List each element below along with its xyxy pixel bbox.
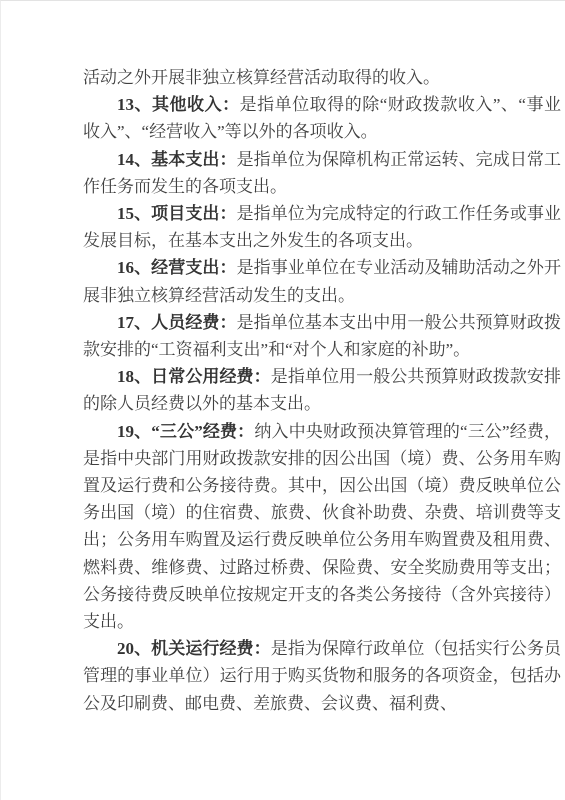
term-label-project-expenditure: 15、项目支出： [117, 204, 237, 223]
document-content: 活动之外开展非独立核算经营活动取得的收入。 13、其他收入：是指单位取得的除“财… [83, 64, 561, 717]
paragraph-item-18: 18、日常公用经费：是指单位用一般公共预算财政拨款安排的除人员经费以外的基本支出… [83, 363, 561, 417]
paragraph-text: 纳入中央财政预决算管理的“三公”经费，是指中央部门用财政拨款安排的因公出国（境）… [83, 422, 561, 631]
term-label-three-public-funds: 19、“三公”经费： [117, 422, 254, 441]
term-label-personnel-funds: 17、人员经费： [117, 313, 237, 332]
term-label-other-income: 13、其他收入： [117, 95, 240, 114]
document-page: 活动之外开展非独立核算经营活动取得的收入。 13、其他收入：是指单位取得的除“财… [0, 0, 565, 800]
paragraph-item-15: 15、项目支出：是指单位为完成特定的行政工作任务或事业发展目标，在基本支出之外发… [83, 200, 561, 254]
term-label-basic-expenditure: 14、基本支出： [117, 150, 237, 169]
paragraph-item-16: 16、经营支出：是指事业单位在专业活动及辅助活动之外开展非独立核算经营活动发生的… [83, 254, 561, 308]
paragraph-item-13: 13、其他收入：是指单位取得的除“财政拨款收入”、“事业收入”、“经营收入”等以… [83, 91, 561, 145]
term-label-agency-operating-funds: 20、机关运行经费： [117, 639, 271, 658]
term-label-operating-expenditure: 16、经营支出： [117, 258, 237, 277]
paragraph-item-17: 17、人员经费：是指单位基本支出中用一般公共预算财政拨款安排的“工资福利支出”和… [83, 309, 561, 363]
term-label-daily-public-funds: 18、日常公用经费： [117, 367, 271, 386]
paragraph-text: 活动之外开展非独立核算经营活动取得的收入。 [83, 68, 440, 87]
paragraph-item-14: 14、基本支出：是指单位为保障机构正常运转、完成日常工作任务而发生的各项支出。 [83, 146, 561, 200]
paragraph-continuation: 活动之外开展非独立核算经营活动取得的收入。 [83, 64, 561, 91]
paragraph-item-19: 19、“三公”经费：纳入中央财政预决算管理的“三公”经费，是指中央部门用财政拨款… [83, 418, 561, 636]
paragraph-item-20: 20、机关运行经费：是指为保障行政单位（包括实行公务员管理的事业单位）运行用于购… [83, 635, 561, 717]
